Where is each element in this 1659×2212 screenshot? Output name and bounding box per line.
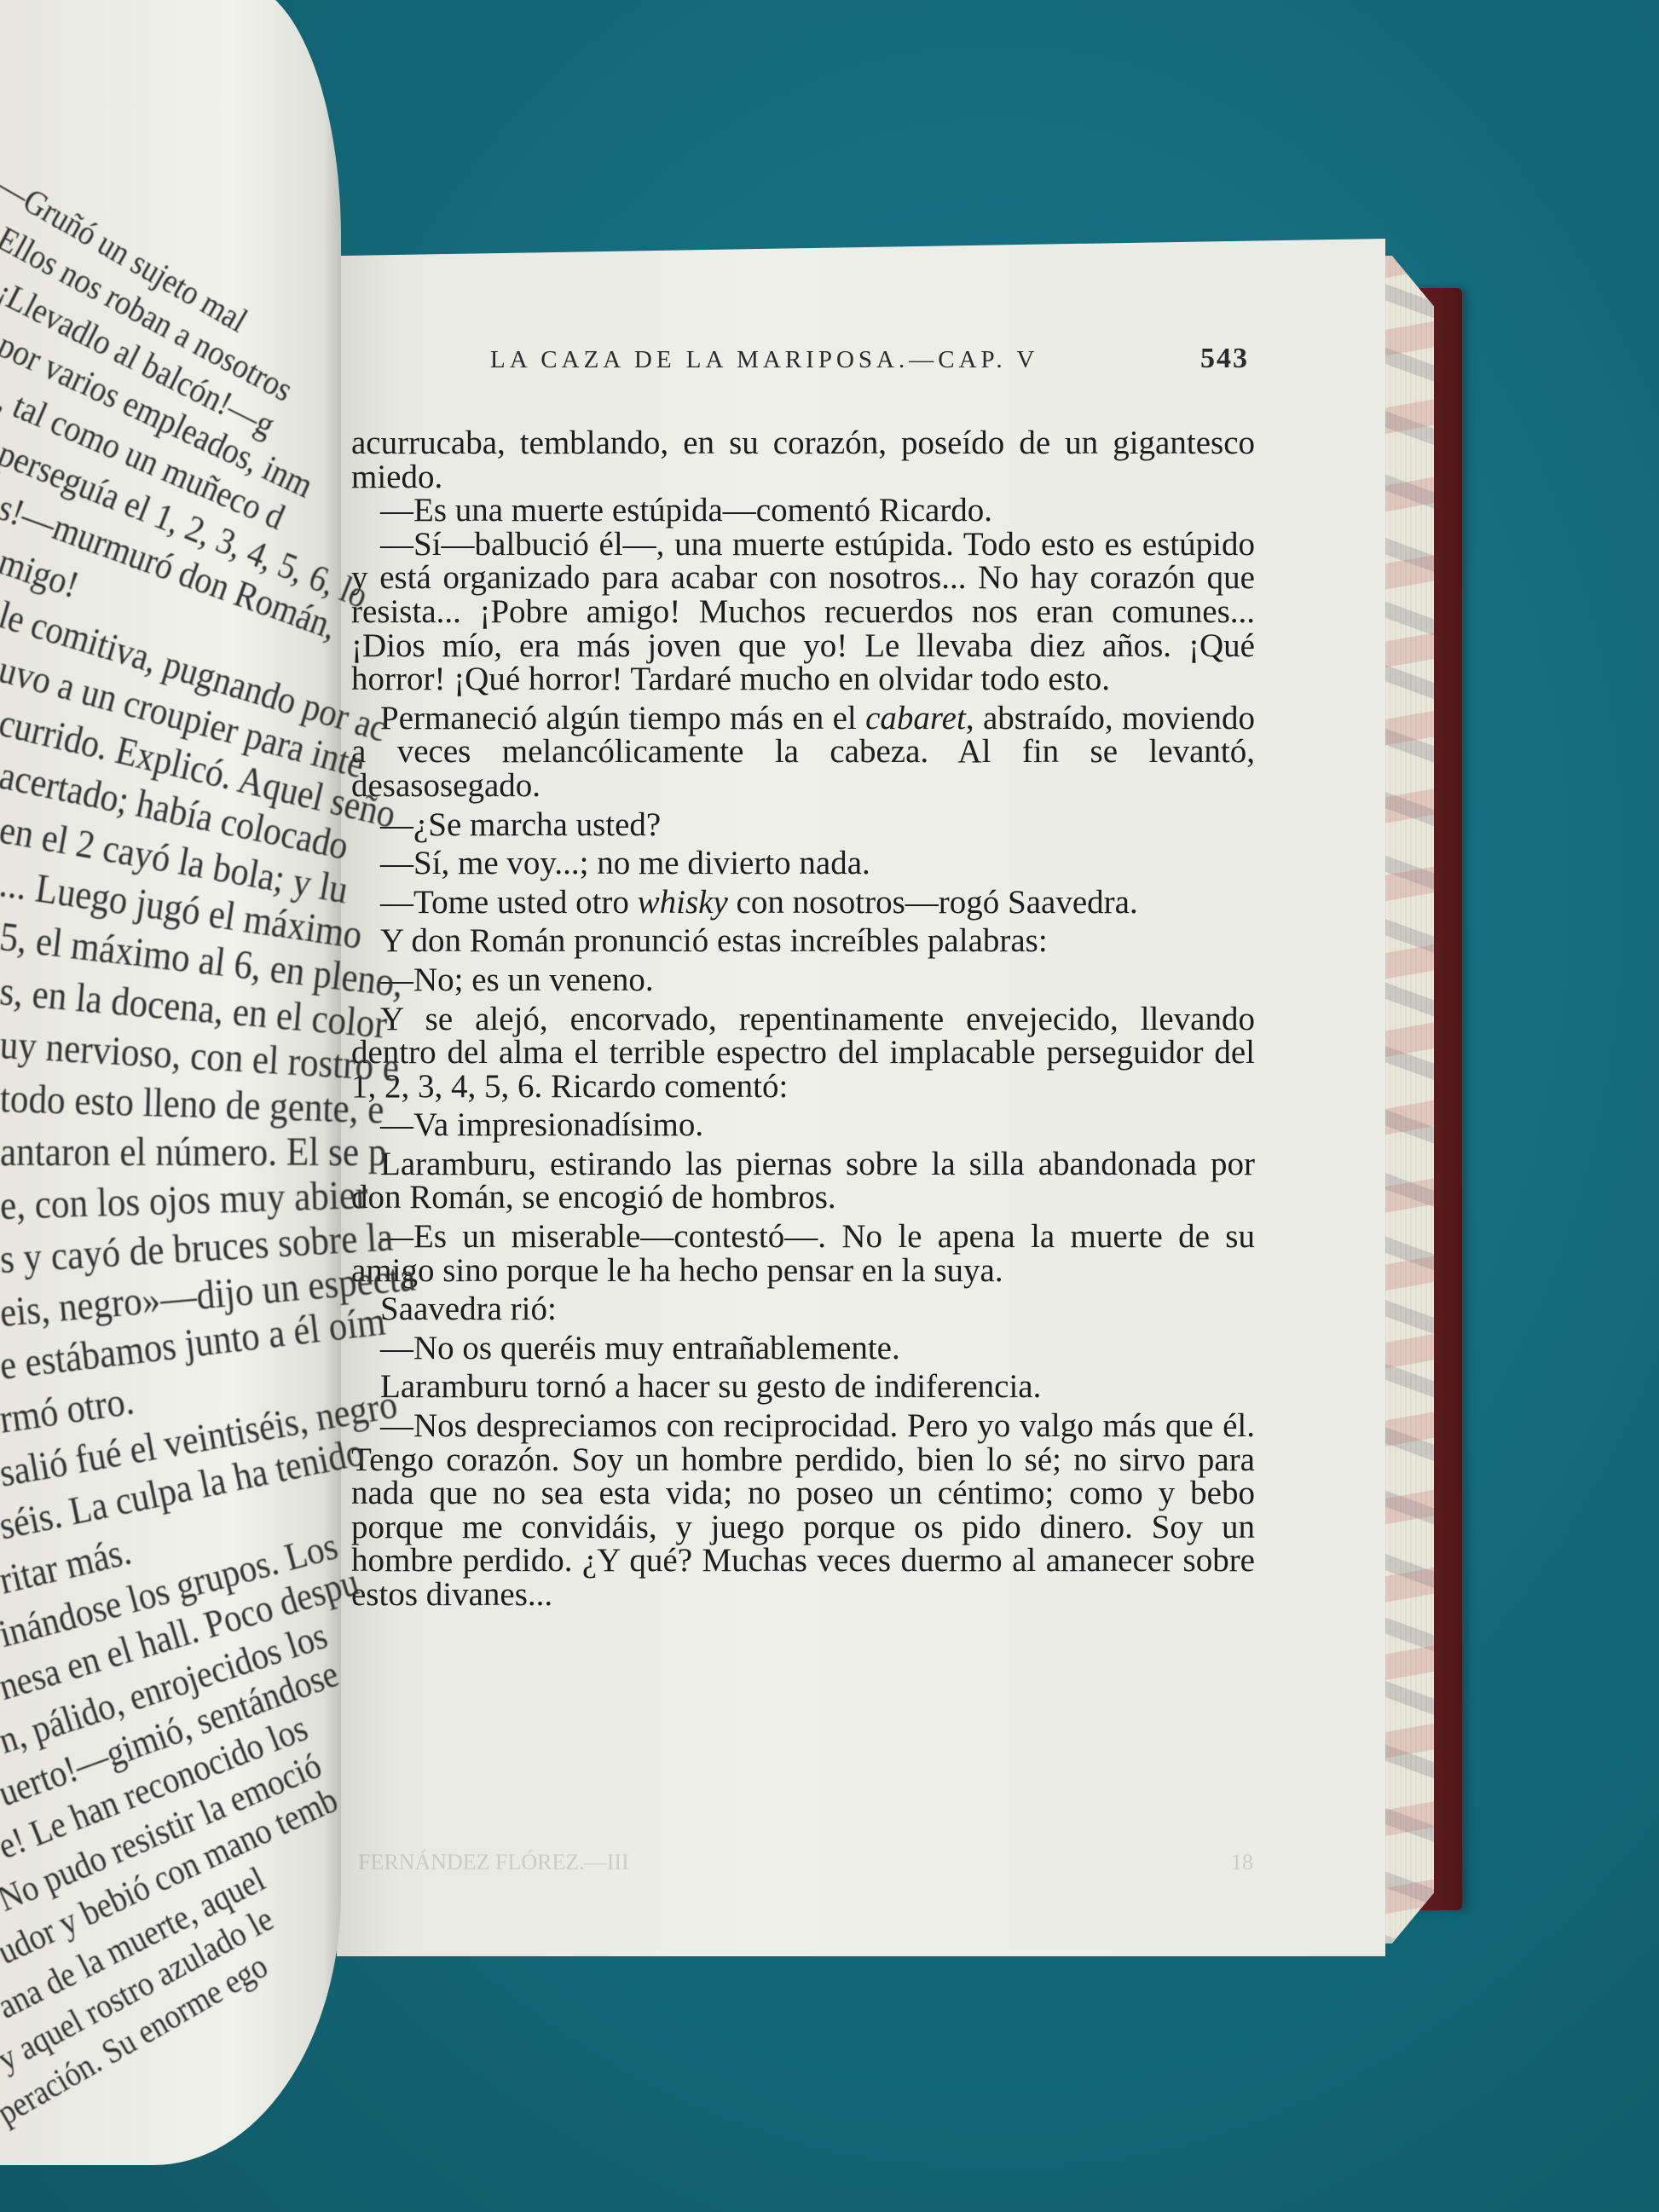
left-page-text: —Gruñó un sujeto malEllos nos roban a no… xyxy=(0,0,367,2182)
show-through-footer: FERNÁNDEZ FLÓREZ.—III 18 xyxy=(358,1850,1253,1875)
ghost-footer-right: 18 xyxy=(1231,1850,1253,1875)
page-number: 543 xyxy=(1200,343,1249,375)
left-page-line: todo esto lleno de gente, e xyxy=(0,1075,354,1132)
paragraph: —Sí, me voy...; no me divierto nada. xyxy=(351,846,1255,881)
paragraph: Laramburu tornó a hacer su gesto de indi… xyxy=(351,1370,1255,1404)
italic-term: whisky xyxy=(638,884,728,921)
ghost-footer-left: FERNÁNDEZ FLÓREZ.—III xyxy=(358,1850,629,1875)
paragraph: —Tome usted otro whisky con nosotros—rog… xyxy=(351,886,1255,920)
paragraph: Saavedra rió: xyxy=(351,1292,1255,1326)
paragraph: Permaneció algún tiempo más en el cabare… xyxy=(351,702,1255,803)
text-run: Permaneció algún tiempo más en el xyxy=(380,700,857,736)
paragraph: —¿Se marcha usted? xyxy=(351,808,1255,842)
paragraph: —Sí—balbució él—, una muerte estúpida. T… xyxy=(351,528,1255,696)
text-run: —Tome usted otro xyxy=(380,884,629,921)
body-text: acurrucaba, temblando, en su corazón, po… xyxy=(351,426,1255,1612)
chapter-title: LA CAZA DE LA MARIPOSA.—CAP. V xyxy=(490,346,1038,374)
paragraph: Y se alejó, encorvado, repentinamente en… xyxy=(351,1002,1255,1104)
paragraph: Y don Román pronunció estas increíbles p… xyxy=(351,924,1255,958)
text-run: con nosotros—rogó Saavedra. xyxy=(737,884,1138,921)
paragraph: —No os queréis muy entrañablemente. xyxy=(351,1331,1255,1366)
paragraph: —No; es un veneno. xyxy=(351,963,1255,997)
running-head: LA CAZA DE LA MARIPOSA.—CAP. V 543 xyxy=(490,343,1249,375)
paragraph: Laramburu, estirando las piernas sobre l… xyxy=(351,1147,1255,1215)
paragraph: acurrucaba, temblando, en su corazón, po… xyxy=(351,426,1255,494)
table-surface xyxy=(281,0,1659,239)
left-page-line: antaron el número. El se p xyxy=(0,1129,353,1175)
paragraph: —Es una muerte estúpida—comentó Ricardo. xyxy=(351,494,1255,528)
paragraph: —Nos despreciamos con reciprocidad. Pero… xyxy=(351,1409,1255,1612)
paragraph: —Es un miserable—contestó—. No le apena … xyxy=(351,1220,1255,1287)
paragraph: —Va impresionadísimo. xyxy=(351,1108,1255,1142)
italic-term: cabaret xyxy=(865,700,966,736)
